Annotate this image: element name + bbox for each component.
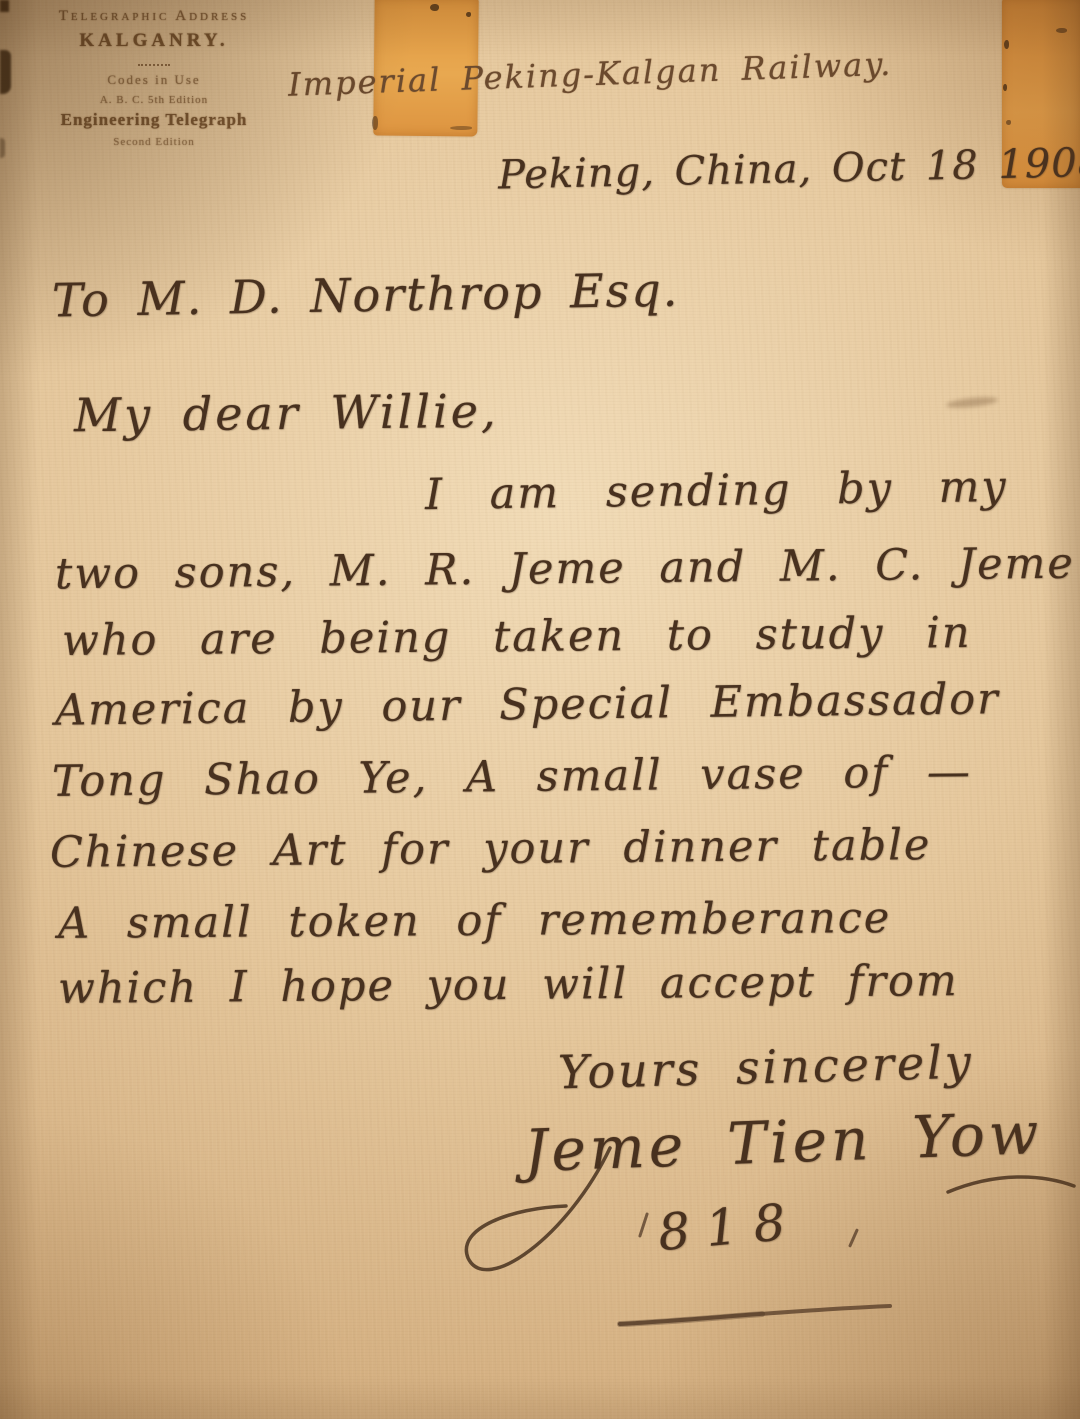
signature-text: Jeme Tien Yow <box>523 1099 1044 1185</box>
ink-speck <box>1004 40 1009 49</box>
recipient-line: To M. D. Northrop Esq. <box>52 263 680 328</box>
number-underline-flourish <box>612 1294 902 1336</box>
dateline: Peking, China, Oct 18 1908. <box>498 140 1080 199</box>
body-line: I am sending by my <box>425 462 1008 520</box>
photo-edge-mark <box>0 138 5 158</box>
codes-in-use-label: Codes in Use <box>14 72 294 88</box>
telegraphic-address-value: KALGANRY. <box>14 30 294 52</box>
body-line: A small token of rememberance <box>58 893 892 949</box>
railway-name-script: Imperial Peking-Kalgan Railway. <box>288 46 849 104</box>
body-line: who are being taken to study in <box>62 608 972 666</box>
code-name-label: Engineering Telegraph <box>14 110 294 130</box>
ink-speck <box>1003 84 1007 91</box>
photo-edge-mark <box>0 50 11 94</box>
ink-speck <box>1006 120 1011 125</box>
number-tick-mark <box>638 1212 649 1238</box>
photo-edge-mark <box>0 0 9 12</box>
code-name-edition-label: Second Edition <box>14 136 294 148</box>
closing-line: Yours sincerely <box>557 1035 974 1100</box>
body-line: Tong Shao Ye, A small vase of — <box>52 747 972 807</box>
ink-speck <box>1056 28 1067 33</box>
number-tick-mark <box>848 1228 859 1247</box>
body-line: Chinese Art for your dinner table <box>50 820 932 878</box>
letterhead-divider <box>138 64 170 66</box>
ink-speck <box>430 4 439 11</box>
letter-number: 818 <box>656 1192 804 1262</box>
letter-photo: Telegraphic Address KALGANRY. Codes in U… <box>0 0 1080 1419</box>
ink-smudge <box>946 395 999 409</box>
body-line: America by our Special Embassador <box>55 674 1000 736</box>
salutation-line: My dear Willie, <box>74 384 499 442</box>
telegraphic-address-label: Telegraphic Address <box>14 8 294 25</box>
ink-speck <box>372 116 378 130</box>
body-line: two sons, M. R. Jeme and M. C. Jeme <box>55 539 1075 600</box>
body-line: which I hope you will accept from <box>58 956 959 1014</box>
ink-speck <box>466 12 471 17</box>
ink-speck <box>450 126 472 130</box>
code-edition-label: A. B. C. 5th Edition <box>14 94 294 106</box>
